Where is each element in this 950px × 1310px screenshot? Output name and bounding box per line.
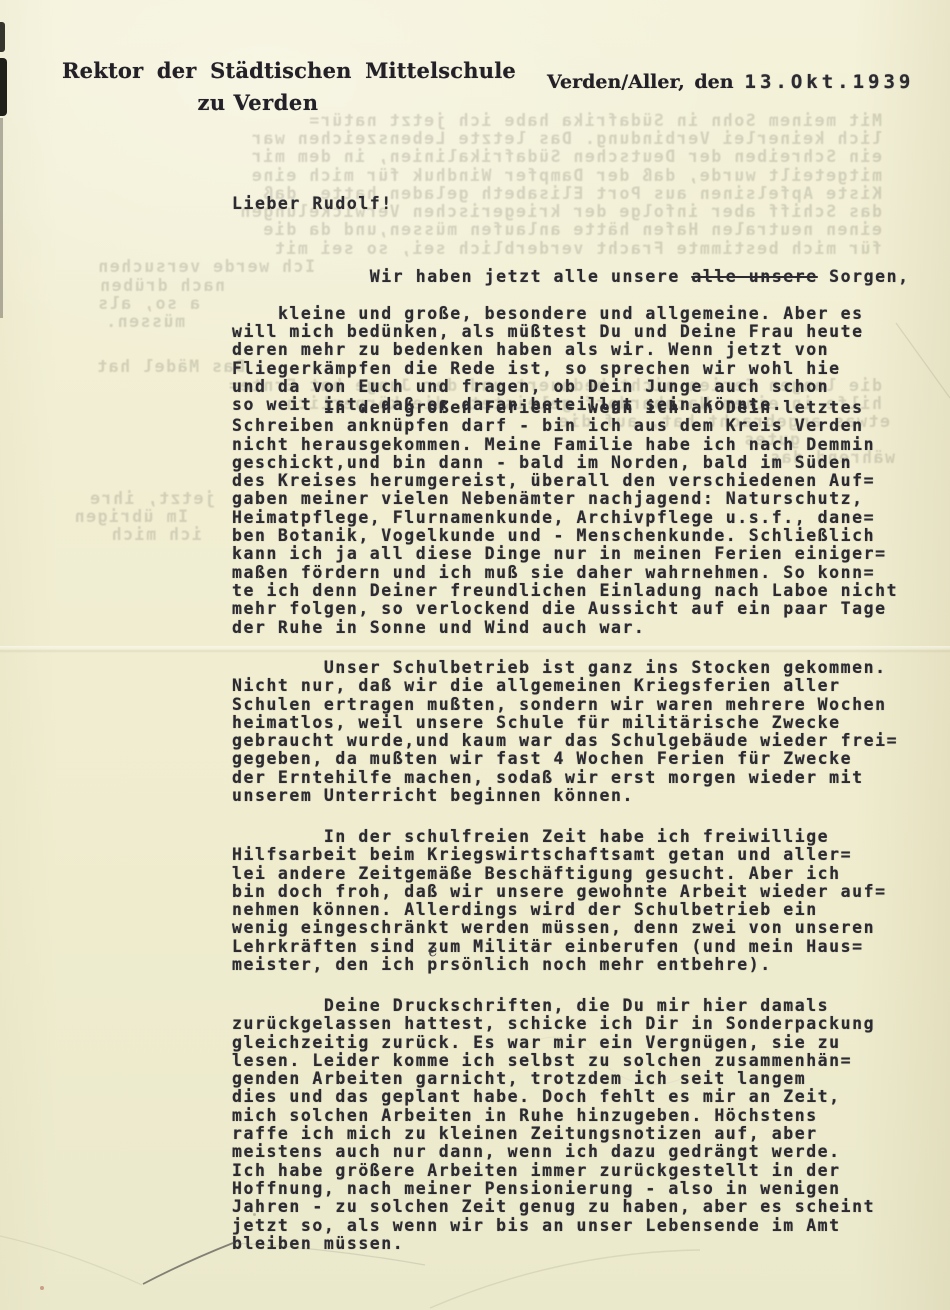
- wrinkle-line: [0, 1236, 142, 1285]
- scan-edge-mark: [0, 22, 5, 52]
- paragraph-3: Unser Schulbetrieb ist ganz ins Stocken …: [232, 659, 898, 805]
- paper-speck: [253, 1213, 256, 1216]
- letterhead: Rektor der Städtischen Mittelschule zu V…: [62, 58, 454, 115]
- dateline: Verden/Aller, den 13.Okt.1939: [547, 71, 914, 93]
- wrinkle-line: [430, 1250, 700, 1308]
- paragraph-1-line1: Wir haben jetzt alle unsere alle unsere …: [278, 267, 910, 286]
- bleedthrough-line: nach drüben: [99, 277, 225, 295]
- bleedthrough-line: a so, als: [97, 295, 200, 313]
- bleedthrough-line: jetzt, ihre: [89, 490, 215, 508]
- p1-line1-post: Sorgen,: [818, 267, 910, 286]
- bleedthrough-line: Im übrigen: [73, 508, 188, 526]
- paragraph-4: In der schulfreien Zeit habe ich freiwil…: [232, 828, 887, 974]
- red-speck: [40, 1286, 44, 1290]
- scanned-letter-page: Mit meinem Sohn in Südafrika habe ich je…: [0, 0, 950, 1310]
- bleedthrough-line: müssen.: [105, 313, 185, 331]
- dateline-printed-place: Verden/Aller, den: [547, 71, 734, 93]
- bleedthrough-line: Das Mädel hat: [96, 358, 245, 376]
- pencil-crease-line: [143, 1243, 233, 1284]
- scan-edge-mark: [0, 118, 3, 318]
- paragraph-5: Deine Druckschriften, die Du mir hier da…: [232, 997, 875, 1253]
- bleedthrough-line: ich mich: [110, 526, 202, 544]
- p1-line1-pre: Wir haben jetzt alle unsere: [278, 267, 691, 286]
- bleedthrough-line: mitgeteilt wurde, daß der Dampfer Windhu…: [250, 167, 882, 185]
- bleedthrough-line: einen neutralen Hafen hätte anlaufen müs…: [262, 221, 882, 239]
- letterhead-line2: zu Verden: [62, 90, 454, 115]
- scan-edge-mark: [0, 58, 7, 116]
- dateline-typed-date: 13.Okt.1939: [745, 71, 915, 93]
- p1-line1-strikethrough: alle unsere: [691, 267, 817, 286]
- bleedthrough-line: ein Schreiben der Deutschen Südafrikalin…: [250, 148, 882, 166]
- salutation: Lieber Rudolf!: [232, 195, 393, 213]
- horizontal-fold-crease: [0, 646, 950, 653]
- letterhead-line1: Rektor der Städtischen Mittelschule: [62, 58, 454, 83]
- paragraph-2: In den großen Ferien - wenn ich an Dein …: [232, 399, 898, 637]
- bleedthrough-line: lich keinerlei Verbindung. Das letzte Le…: [250, 130, 882, 148]
